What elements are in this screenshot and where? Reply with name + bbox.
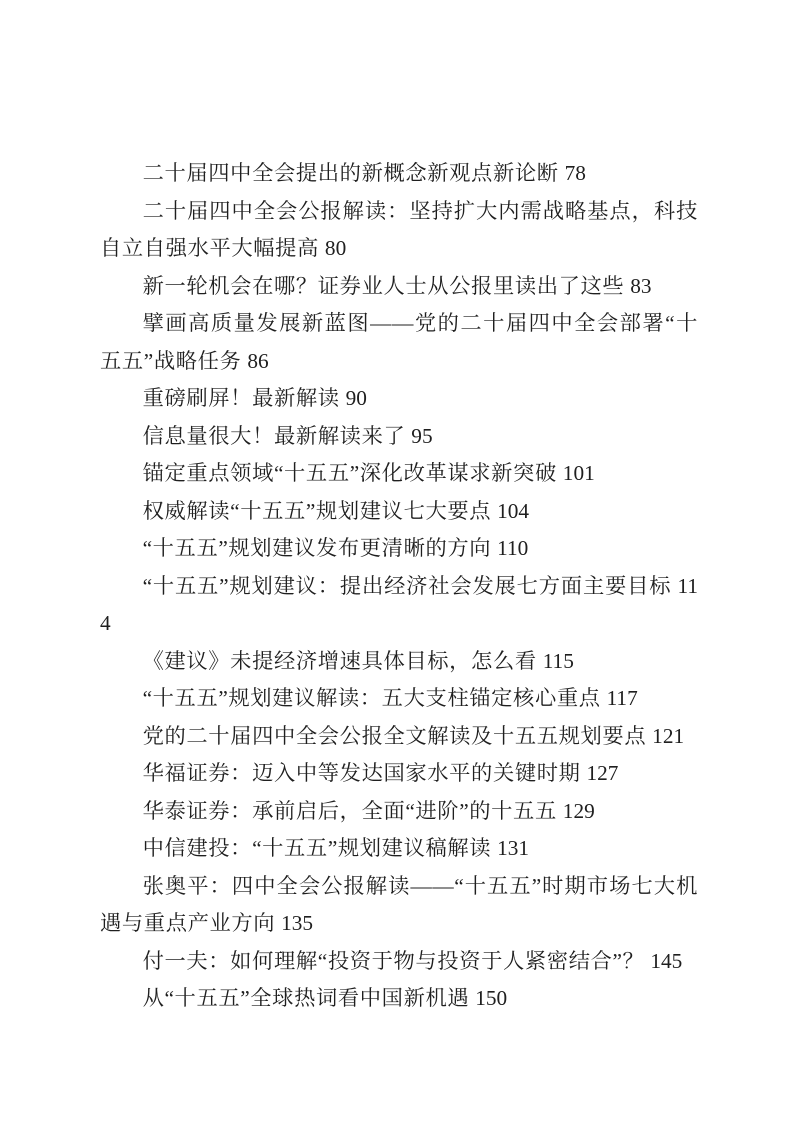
toc-entry-page-number: 80 — [325, 236, 346, 260]
toc-entry: 二十届四中全会公报解读：坚持扩大内需战略基点，科技自立自强水平大幅提高 80 — [100, 193, 698, 268]
toc-entry: 锚定重点领域“十五五”深化改革谋求新突破 101 — [100, 455, 698, 493]
toc-entry-title: 华福证券：迈入中等发达国家水平的关键时期 — [143, 761, 581, 785]
toc-entry-title: 锚定重点领域“十五五”深化改革谋求新突破 — [143, 461, 557, 485]
toc-entry-title: 重磅刷屏！最新解读 — [143, 386, 340, 410]
toc-entry: “十五五”规划建议：提出经济社会发展七方面主要目标 114 — [100, 568, 698, 643]
toc-list: 二十届四中全会提出的新概念新观点新论断 78二十届四中全会公报解读：坚持扩大内需… — [100, 155, 698, 1018]
toc-entry-title: 权威解读“十五五”规划建议七大要点 — [143, 499, 492, 523]
toc-entry-title: 付一夫：如何理解“投资于物与投资于人紧密结合”？ — [143, 949, 645, 973]
toc-entry-page-number: 90 — [346, 386, 367, 410]
toc-entry-page-number: 86 — [247, 349, 268, 373]
toc-entry-page-number: 129 — [563, 799, 595, 823]
toc-entry: 华泰证券：承前启后，全面“进阶”的十五五 129 — [100, 793, 698, 831]
toc-entry: 新一轮机会在哪？证券业人士从公报里读出了这些 83 — [100, 268, 698, 306]
toc-entry: “十五五”规划建议发布更清晰的方向 110 — [100, 530, 698, 568]
document-page: 二十届四中全会提出的新概念新观点新论断 78二十届四中全会公报解读：坚持扩大内需… — [0, 0, 793, 1122]
toc-entry: 中信建投：“十五五”规划建议稿解读 131 — [100, 830, 698, 868]
toc-entry-title: 党的二十届四中全会公报全文解读及十五五规划要点 — [143, 724, 647, 748]
toc-entry-page-number: 83 — [630, 274, 651, 298]
toc-entry-page-number: 78 — [565, 161, 586, 185]
toc-entry-page-number: 127 — [586, 761, 618, 785]
toc-entry: 党的二十届四中全会公报全文解读及十五五规划要点 121 — [100, 718, 698, 756]
toc-entry-page-number: 115 — [543, 649, 574, 673]
toc-entry-title: 华泰证券：承前启后，全面“进阶”的十五五 — [143, 799, 557, 823]
toc-entry: 二十届四中全会提出的新概念新观点新论断 78 — [100, 155, 698, 193]
toc-entry: 付一夫：如何理解“投资于物与投资于人紧密结合”？ 145 — [100, 943, 698, 981]
toc-entry-title: “十五五”规划建议解读：五大支柱锚定核心重点 — [143, 686, 601, 710]
toc-entry-page-number: 95 — [411, 424, 432, 448]
toc-entry: 张奥平：四中全会公报解读——“十五五”时期市场七大机遇与重点产业方向 135 — [100, 868, 698, 943]
toc-entry-title: 张奥平：四中全会公报解读——“十五五”时期市场七大机遇与重点产业方向 — [100, 874, 698, 936]
toc-entry-page-number: 110 — [497, 536, 528, 560]
toc-entry-title: 二十届四中全会公报解读：坚持扩大内需战略基点，科技自立自强水平大幅提高 — [100, 199, 698, 261]
toc-entry-title: 二十届四中全会提出的新概念新观点新论断 — [143, 161, 559, 185]
toc-entry-title: 新一轮机会在哪？证券业人士从公报里读出了这些 — [143, 274, 625, 298]
toc-entry-page-number: 101 — [563, 461, 595, 485]
toc-entry-page-number: 150 — [475, 986, 507, 1010]
toc-entry: 信息量很大！最新解读来了 95 — [100, 418, 698, 456]
toc-entry: 权威解读“十五五”规划建议七大要点 104 — [100, 493, 698, 531]
toc-entry-page-number: 135 — [281, 911, 313, 935]
toc-entry-title: 《建议》未提经济增速具体目标，怎么看 — [143, 649, 537, 673]
toc-entry: 华福证券：迈入中等发达国家水平的关键时期 127 — [100, 755, 698, 793]
toc-entry-title: 擘画高质量发展新蓝图——党的二十届四中全会部署“十五五”战略任务 — [100, 311, 698, 373]
toc-entry-title: 信息量很大！最新解读来了 — [143, 424, 406, 448]
toc-entry: 《建议》未提经济增速具体目标，怎么看 115 — [100, 643, 698, 681]
toc-entry: 重磅刷屏！最新解读 90 — [100, 380, 698, 418]
toc-entry-page-number: 104 — [497, 499, 529, 523]
toc-entry-title: 中信建投：“十五五”规划建议稿解读 — [143, 836, 492, 860]
toc-entry-title: “十五五”规划建议发布更清晰的方向 — [143, 536, 492, 560]
toc-entry-page-number: 145 — [650, 949, 682, 973]
toc-entry: 从“十五五”全球热词看中国新机遇 150 — [100, 980, 698, 1018]
toc-entry-page-number: 117 — [607, 686, 638, 710]
toc-entry-page-number: 121 — [652, 724, 684, 748]
toc-entry-page-number: 131 — [497, 836, 529, 860]
toc-entry: 擘画高质量发展新蓝图——党的二十届四中全会部署“十五五”战略任务 86 — [100, 305, 698, 380]
toc-entry-title: 从“十五五”全球热词看中国新机遇 — [143, 986, 470, 1010]
toc-entry-title: “十五五”规划建议：提出经济社会发展七方面主要目标 — [143, 574, 672, 598]
toc-entry: “十五五”规划建议解读：五大支柱锚定核心重点 117 — [100, 680, 698, 718]
